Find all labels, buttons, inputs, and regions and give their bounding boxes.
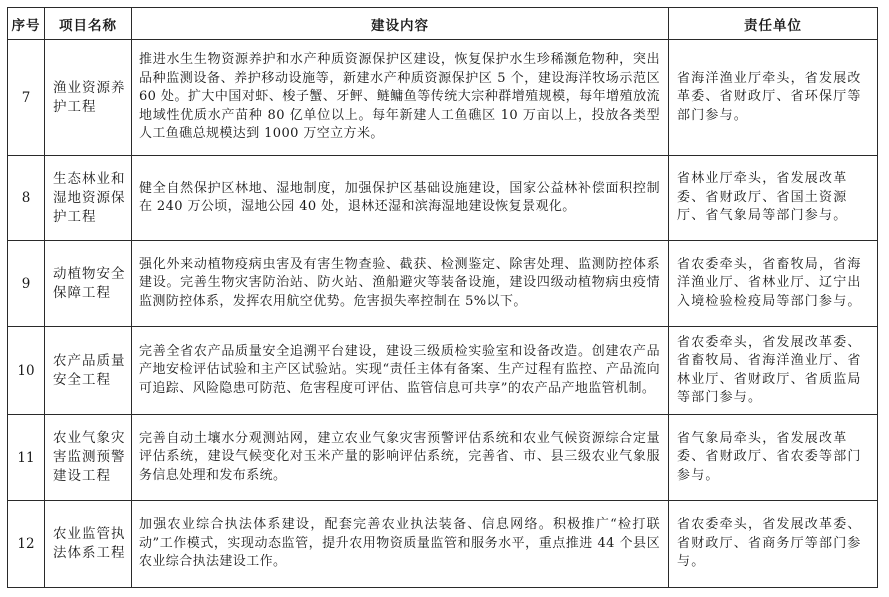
row-number: 11 <box>8 415 45 501</box>
construction-content: 完善自动土壤水分观测站网，建立农业气象灾害预警评估系统和农业气候资源综合定量评估… <box>132 415 669 501</box>
header-responsible: 责任单位 <box>669 8 878 40</box>
responsible-units: 省林业厅牵头，省发展改革委、省财政厅、省国土资源厅、省气象局等部门参与。 <box>669 156 878 241</box>
construction-content: 强化外来动植物疫病虫害及有害生物查验、截获、检测鉴定、除害处理、监测防控体系建设… <box>132 241 669 327</box>
header-no: 序号 <box>8 8 45 40</box>
row-number: 12 <box>8 501 45 588</box>
row-number: 8 <box>8 156 45 241</box>
projects-table: 序号 项目名称 建设内容 责任单位 7 渔业资源养护工程 推进水生生物资源养护和… <box>7 7 878 588</box>
construction-content: 完善全省农产品质量安全追溯平台建设，建设三级质检实验室和设备改造。创建农产品产地… <box>132 327 669 415</box>
table-row: 11 农业气象灾害监测预警建设工程 完善自动土壤水分观测站网，建立农业气象灾害预… <box>8 415 878 501</box>
responsible-units: 省农委牵头，省畜牧局，省海洋渔业厅、省林业厅、辽宁出入境检验检疫局等部门参与。 <box>669 241 878 327</box>
project-name: 农业气象灾害监测预警建设工程 <box>45 415 132 501</box>
project-name: 渔业资源养护工程 <box>45 40 132 156</box>
project-name: 生态林业和湿地资源保护工程 <box>45 156 132 241</box>
construction-content: 健全自然保护区林地、湿地制度，加强保护区基础设施建设，国家公益林补偿面积控制在 … <box>132 156 669 241</box>
table-row: 12 农业监管执法体系工程 加强农业综合执法体系建设，配套完善农业执法装备、信息… <box>8 501 878 588</box>
construction-content: 加强农业综合执法体系建设，配套完善农业执法装备、信息网络。积极推广“检打联动”工… <box>132 501 669 588</box>
responsible-units: 省气象局牵头，省发展改革委、省财政厅、省农委等部门参与。 <box>669 415 878 501</box>
header-content: 建设内容 <box>132 8 669 40</box>
responsible-units: 省农委牵头，省发展改革委、省财政厅、省商务厅等部门参与。 <box>669 501 878 588</box>
table-row: 10 农产品质量安全工程 完善全省农产品质量安全追溯平台建设，建设三级质检实验室… <box>8 327 878 415</box>
responsible-units: 省海洋渔业厅牵头，省发展改革委、省财政厅、省环保厅等部门参与。 <box>669 40 878 156</box>
row-number: 9 <box>8 241 45 327</box>
project-name: 动植物安全保障工程 <box>45 241 132 327</box>
construction-content: 推进水生生物资源养护和水产种质资源保护区建设，恢复保护水生珍稀濒危物种，突出品种… <box>132 40 669 156</box>
row-number: 10 <box>8 327 45 415</box>
table-header-row: 序号 项目名称 建设内容 责任单位 <box>8 8 878 40</box>
table-row: 7 渔业资源养护工程 推进水生生物资源养护和水产种质资源保护区建设，恢复保护水生… <box>8 40 878 156</box>
table-row: 9 动植物安全保障工程 强化外来动植物疫病虫害及有害生物查验、截获、检测鉴定、除… <box>8 241 878 327</box>
table-row: 8 生态林业和湿地资源保护工程 健全自然保护区林地、湿地制度，加强保护区基础设施… <box>8 156 878 241</box>
project-name: 农产品质量安全工程 <box>45 327 132 415</box>
responsible-units: 省农委牵头，省发展改革委、省畜牧局、省海洋渔业厅、省林业厅、省财政厅、省质监局等… <box>669 327 878 415</box>
project-name: 农业监管执法体系工程 <box>45 501 132 588</box>
row-number: 7 <box>8 40 45 156</box>
header-name: 项目名称 <box>45 8 132 40</box>
